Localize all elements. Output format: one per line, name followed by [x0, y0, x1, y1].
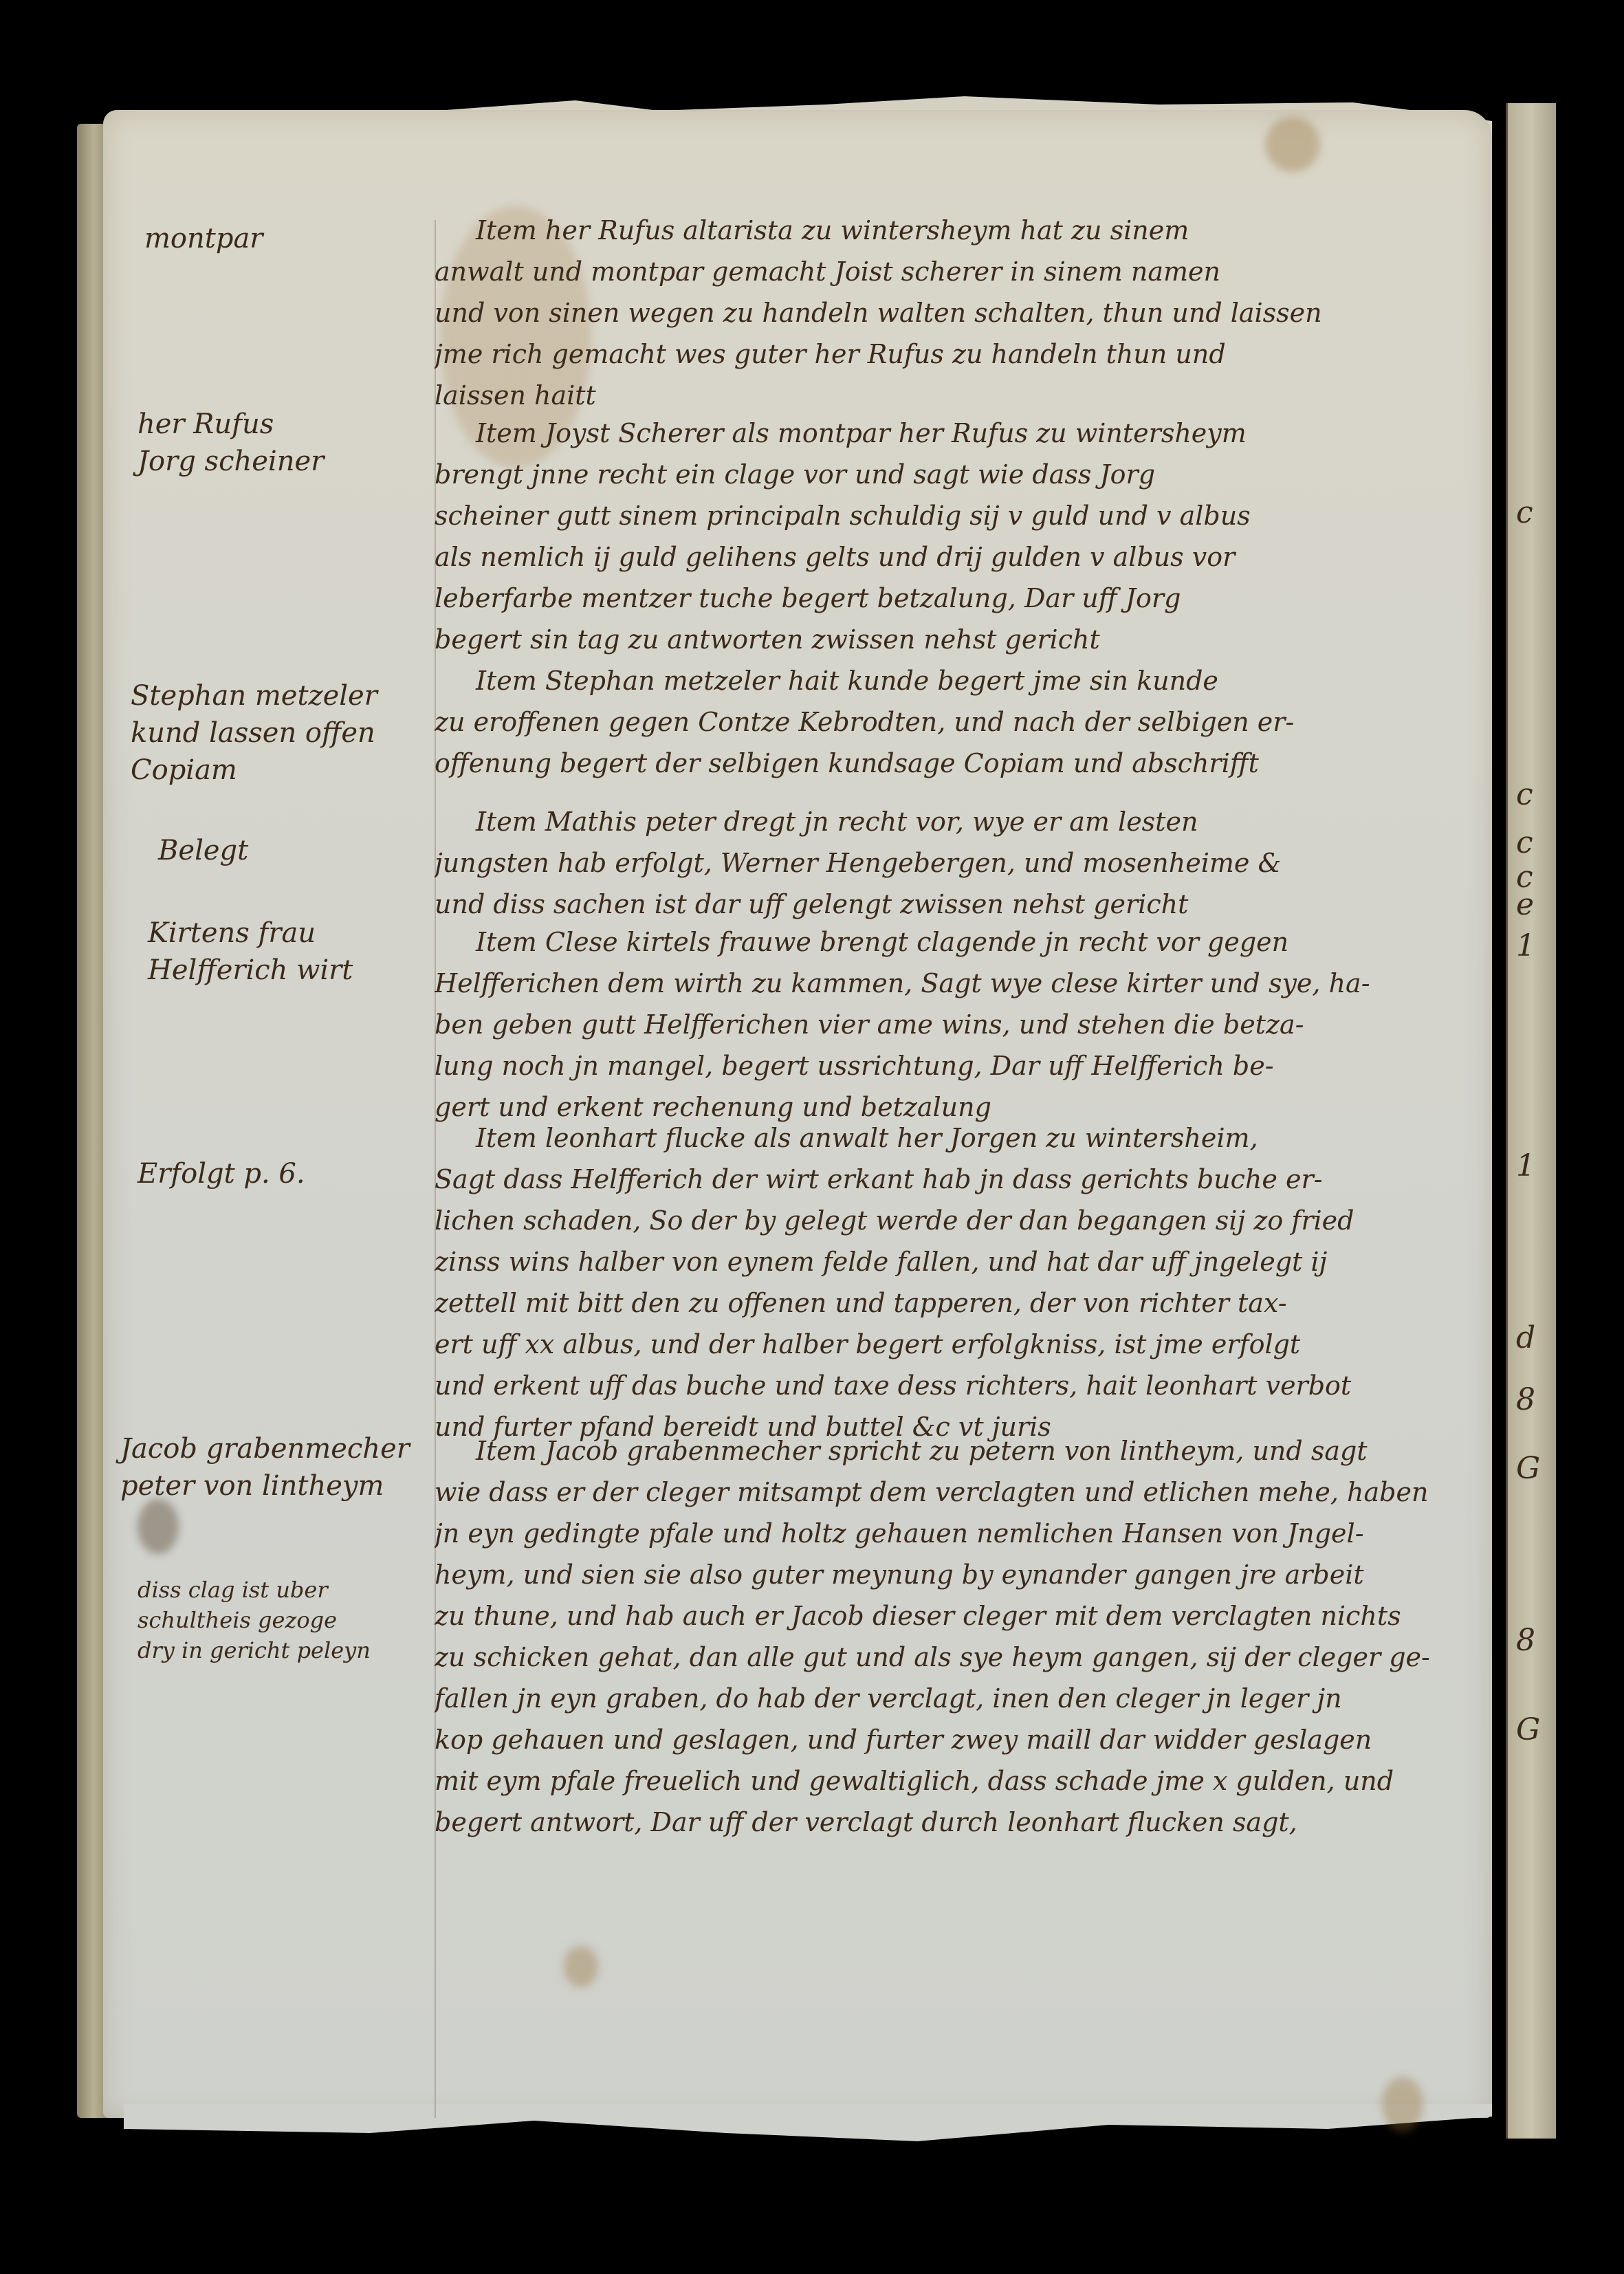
entry-joyst-scherer: Item Joyst Scherer als montpar her Rufus… — [435, 413, 1493, 660]
paper-stain — [138, 1499, 179, 1554]
entry-line: zinss wins halber von eynem felde fallen… — [435, 1241, 1493, 1282]
entry-line: Item Jacob grabenmecher spricht zu peter… — [435, 1430, 1493, 1472]
leaf-fragment: 8 — [1516, 1382, 1535, 1417]
margin-note-clag-schultheis: diss clag ist uber schultheis gezoge dry… — [138, 1575, 371, 1665]
entry-line: Item Joyst Scherer als montpar her Rufus… — [435, 413, 1493, 454]
entry-line: Item her Rufus altarista zu wintersheym … — [435, 210, 1493, 251]
entry-leonhart-flucke: Item leonhart flucke als anwalt her Jorg… — [435, 1117, 1493, 1447]
entry-line: Item Mathis peter dregt jn recht vor, wy… — [435, 801, 1493, 842]
entry-line: laissen haitt — [435, 375, 1493, 416]
leaf-fragment: G — [1516, 1451, 1540, 1486]
entry-line: Item leonhart flucke als anwalt her Jorg… — [435, 1117, 1493, 1159]
entry-line: wie dass er der cleger mitsampt dem verc… — [435, 1472, 1493, 1513]
entry-line: jn eyn gedingte pfale und holtz gehauen … — [435, 1513, 1493, 1554]
entry-line: und von sinen wegen zu handeln walten sc… — [435, 292, 1493, 334]
margin-note-erfolgt: Erfolgt p. 6. — [138, 1155, 305, 1192]
entry-line: jungsten hab erfolgt, Werner Hengebergen… — [435, 842, 1493, 884]
margin-note-stephan-metzeler: Stephan metzeler kund lassen offen Copia… — [131, 677, 377, 789]
entry-line: heym, und sien sie also guter meynung by… — [435, 1554, 1493, 1595]
entry-line: leberfarbe mentzer tuche begert betzalun… — [435, 578, 1493, 619]
paper-stain — [1382, 2077, 1423, 2132]
entry-line: begert sin tag zu antworten zwissen nehs… — [435, 619, 1493, 660]
leaf-fragment: c — [1516, 825, 1533, 860]
leaf-fragment: c — [1516, 777, 1533, 812]
entry-line: ben geben gutt Helfferichen vier ame win… — [435, 1004, 1493, 1045]
entry-jacob-grabenmecher: Item Jacob grabenmecher spricht zu peter… — [435, 1430, 1493, 1843]
entry-line: Item Clese kirtels frauwe brengt clagend… — [435, 921, 1493, 963]
entry-line: scheiner gutt sinem principaln schuldig … — [435, 495, 1493, 536]
paper-stain — [1265, 117, 1320, 172]
leaf-fragment: 1 — [1516, 1148, 1535, 1183]
entry-line: lung noch jn mangel, begert ussrichtung,… — [435, 1045, 1493, 1086]
entry-line: kop gehauen und geslagen, und furter zwe… — [435, 1719, 1493, 1760]
entry-stephan-metzeler: Item Stephan metzeler hait kunde begert … — [435, 660, 1493, 784]
entry-line: und erkent uff das buche und taxe dess r… — [435, 1365, 1493, 1406]
leaf-fragment: 1 — [1516, 928, 1535, 963]
entry-line: offenung begert der selbigen kundsage Co… — [435, 743, 1493, 784]
entry-rufus-montpar: Item her Rufus altarista zu wintersheym … — [435, 210, 1493, 416]
margin-note-belegt: Belegt — [158, 832, 248, 869]
leaf-fragment: e — [1516, 887, 1534, 922]
margin-note-kirtens-frau: Kirtens frau Helfferich wirt — [148, 915, 353, 989]
margin-note-her-rufus: her Rufus Jorg scheiner — [138, 406, 324, 480]
adjacent-leaf: c c c c e 1 1 d 8 G 8 G — [1506, 103, 1556, 2139]
leaf-fragment: c — [1516, 495, 1533, 530]
entry-line: begert antwort, Dar uff der verclagt dur… — [435, 1802, 1493, 1843]
entry-line: Sagt dass Helfferich der wirt erkant hab… — [435, 1159, 1493, 1200]
entry-line: zettell mit bitt den zu offenen und tapp… — [435, 1282, 1493, 1324]
margin-note-jacob-grabenmecher: Jacob grabenmecher peter von lintheym — [120, 1430, 410, 1505]
entry-line: anwalt und montpar gemacht Joist scherer… — [435, 251, 1493, 292]
entry-line: zu thune, und hab auch er Jacob dieser c… — [435, 1595, 1493, 1637]
entry-clese-kirtels-frauwe: Item Clese kirtels frauwe brengt clagend… — [435, 921, 1493, 1128]
entry-line: Helfferichen dem wirth zu kammen, Sagt w… — [435, 963, 1493, 1004]
entry-line: fallen jn eyn graben, do hab der verclag… — [435, 1678, 1493, 1719]
entry-line: Item Stephan metzeler hait kunde begert … — [435, 660, 1493, 701]
entry-line: mit eym pfale freuelich und gewaltiglich… — [435, 1760, 1493, 1802]
entry-line: brengt jnne recht ein clage vor und sagt… — [435, 454, 1493, 495]
paper-stain — [564, 1946, 598, 1987]
entry-line: lichen schaden, So der by gelegt werde d… — [435, 1200, 1493, 1241]
page-bottom-edge — [124, 2104, 1492, 2145]
entry-line: jme rich gemacht wes guter her Rufus zu … — [435, 334, 1493, 375]
margin-note-montpar: montpar — [144, 220, 263, 257]
leaf-fragment: d — [1516, 1320, 1535, 1355]
entry-line: zu eroffenen gegen Contze Kebrodten, und… — [435, 701, 1493, 743]
leaf-fragment: G — [1516, 1712, 1540, 1747]
entry-mathis-peter: Item Mathis peter dregt jn recht vor, wy… — [435, 801, 1493, 925]
entry-line: ert uff xx albus, und der halber begert … — [435, 1324, 1493, 1365]
entry-line: als nemlich ij guld gelihens gelts und d… — [435, 536, 1493, 578]
leaf-fragment: 8 — [1516, 1623, 1535, 1658]
entry-line: zu schicken gehat, dan alle gut und als … — [435, 1637, 1493, 1678]
entry-line: und diss sachen ist dar uff gelengt zwis… — [435, 884, 1493, 925]
